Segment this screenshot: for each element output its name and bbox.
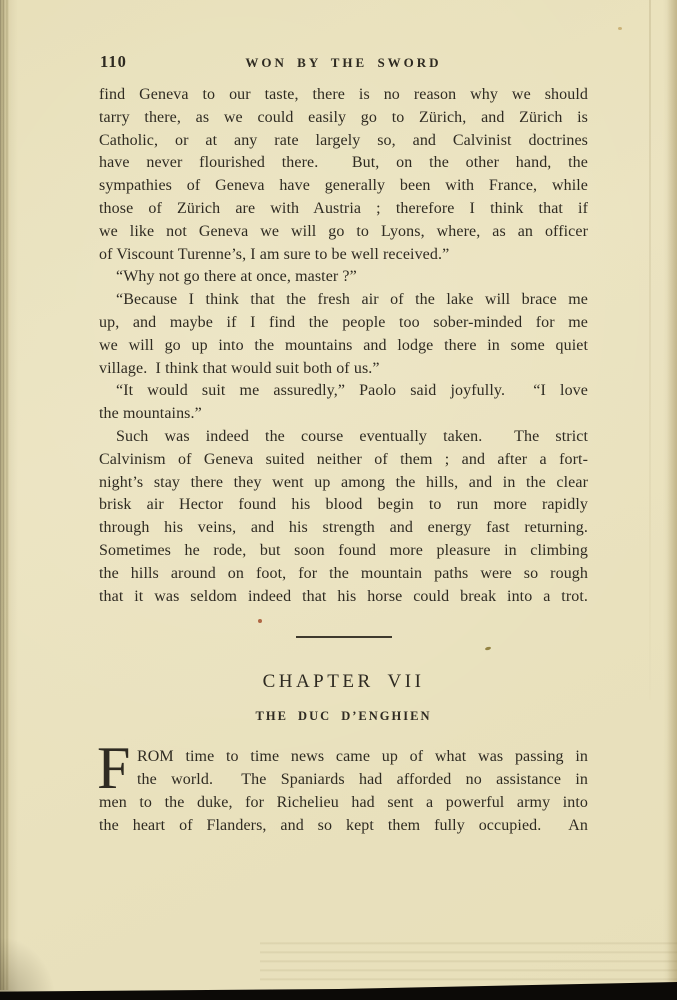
text-line: men to the duke, for Richelieu had sent … (99, 792, 588, 815)
text-line: up, and maybe if I find the people too s… (99, 312, 588, 335)
ink-speck (618, 27, 622, 30)
text-line: Catholic, or at any rate largely so, and… (99, 130, 588, 153)
text-line: Sometimes he rode, but soon found more p… (99, 540, 588, 563)
text-line: the hills around on foot, for the mounta… (99, 563, 588, 586)
running-title: WON BY THE SWORD (99, 55, 588, 71)
paragraph: “Because I think that the fresh air of t… (99, 289, 588, 380)
text-line: we will go up into the mountains and lod… (99, 335, 588, 358)
text-line: night’s stay there they went up among th… (99, 472, 588, 495)
drop-cap: F (97, 739, 130, 797)
page-stack-edge-left (0, 0, 11, 990)
paper-crease (649, 0, 651, 700)
text-line: brisk air Hector found his blood begin t… (99, 494, 588, 517)
text-line: we like not Geneva we will go to Lyons, … (99, 221, 588, 244)
page-stack-edge-bottom (260, 936, 677, 984)
paragraph: “Why not go there at once, master ?” (99, 266, 588, 289)
page-edge-right (667, 0, 677, 986)
text-line: “Because I think that the fresh air of t… (99, 289, 588, 312)
body-paragraphs: find Geneva to our taste, there is no re… (99, 84, 588, 608)
text-line: have never flourished there. But, on the… (99, 152, 588, 175)
text-block: find Geneva to our taste, there is no re… (99, 84, 588, 838)
text-line: those of Zürich are with Austria ; there… (99, 198, 588, 221)
text-line: village. I think that would suit both of… (99, 358, 588, 381)
text-line: Calvinism of Geneva suited neither of th… (99, 449, 588, 472)
paragraph: “It would suit me assuredly,” Paolo said… (99, 380, 588, 426)
text-line: Such was indeed the course eventually ta… (99, 426, 588, 449)
text-line: “Why not go there at once, master ?” (99, 266, 588, 289)
chapter-paragraph: F ROM time to time news came up of what … (99, 746, 588, 837)
section-divider (296, 636, 392, 638)
text-line: “It would suit me assuredly,” Paolo said… (99, 380, 588, 403)
text-line: find Geneva to our taste, there is no re… (99, 84, 588, 107)
text-line: ROM time to time news came up of what wa… (99, 746, 588, 769)
chapter-paragraph-lines: ROM time to time news came up of what wa… (99, 746, 588, 837)
text-line: of Viscount Turenne’s, I am sure to be w… (99, 244, 588, 267)
text-line: the mountains.” (99, 403, 588, 426)
text-line: the heart of Flanders, and so kept them … (99, 815, 588, 838)
text-line: tarry there, as we could easily go to Zü… (99, 107, 588, 130)
chapter-heading: CHAPTER VII (99, 670, 588, 694)
text-line: that it was seldom indeed that his horse… (99, 586, 588, 609)
paragraph: Such was indeed the course eventually ta… (99, 426, 588, 608)
text-line: sympathies of Geneva have generally been… (99, 175, 588, 198)
page-header: 110 WON BY THE SWORD (99, 52, 588, 74)
text-line: the world. The Spaniards had afforded no… (99, 769, 588, 792)
ink-speck (258, 619, 262, 623)
scan-edge-bottom (0, 978, 677, 1000)
text-line: through his veins, and his strength and … (99, 517, 588, 540)
book-page-scan: 110 WON BY THE SWORD find Geneva to our … (0, 0, 677, 1000)
chapter-subheading: THE DUC D’ENGHIEN (99, 708, 588, 724)
corner-shadow (0, 920, 60, 1000)
paragraph: find Geneva to our taste, there is no re… (99, 84, 588, 266)
